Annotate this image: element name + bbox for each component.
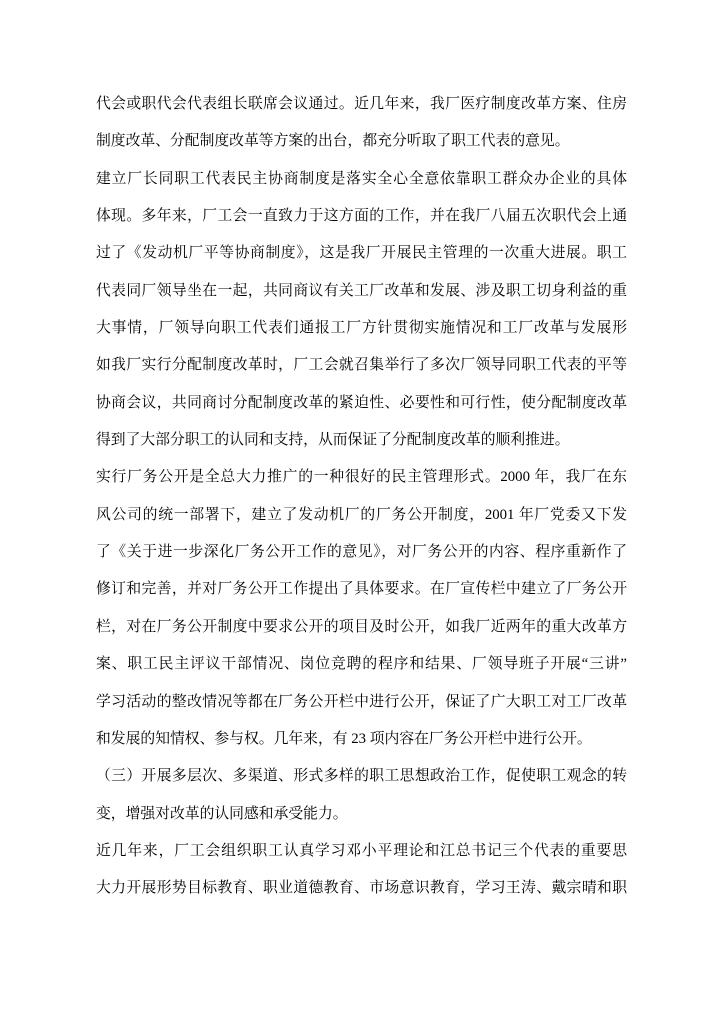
text-line: 如我厂实行分配制度改革时，厂工会就召集举行了多次厂领导同职工代表的平等 [96,347,627,384]
text-line: 过了《发动机厂平等协商制度》，这是我厂开展民主管理的一次重大进展。职工 [96,235,627,272]
text-line: 栏，对在厂务公开制度中要求公开的项目及时公开，如我厂近两年的重大改革方 [96,609,627,646]
text-line: 体现。多年来，厂工会一直致力于这方面的工作，并在我厂八届五次职代会上通 [96,198,627,235]
text-line: 风公司的统一部署下，建立了发动机厂的厂务公开制度，2001 年厂党委又下发 [96,497,627,534]
text-line: 大力开展形势目标教育、职业道德教育、市场意识教育，学习王涛、戴宗晴和职 [96,870,627,907]
document-page: 代会或职代会代表组长联席会议通过。近几年来，我厂医疗制度改革方案、住房制度改革、… [0,0,721,1020]
text-line: （三）开展多层次、多渠道、形式多样的职工思想政治工作，促使职工观念的转 [96,758,627,795]
text-line: 变，增强对改革的认同感和承受能力。 [96,796,627,833]
text-line: 代表同厂领导坐在一起，共同商议有关工厂改革和发展、涉及职工切身利益的重 [96,273,627,310]
text-line: 建立厂长同职工代表民主协商制度是落实全心全意依靠职工群众办企业的具体 [96,161,627,198]
text-line: 制度改革、分配制度改革等方案的出台，都充分听取了职工代表的意见。 [96,123,627,160]
text-line: 代会或职代会代表组长联席会议通过。近几年来，我厂医疗制度改革方案、住房 [96,86,627,123]
text-line: 协商会议，共同商讨分配制度改革的紧迫性、必要性和可行性，使分配制度改革 [96,385,627,422]
text-line: 得到了大部分职工的认同和支持，从而保证了分配制度改革的顺利推进。 [96,422,627,459]
document-text-block: 代会或职代会代表组长联席会议通过。近几年来，我厂医疗制度改革方案、住房制度改革、… [96,86,627,908]
text-line: 近几年来，厂工会组织职工认真学习邓小平理论和江总书记三个代表的重要思想， [96,833,627,870]
text-line: 案、职工民主评议干部情况、岗位竞聘的程序和结果、厂领导班子开展“三讲” [96,646,627,683]
text-line: 了《关于进一步深化厂务公开工作的意见》，对厂务公开的内容、程序重新作了 [96,534,627,571]
text-line: 修订和完善，并对厂务公开工作提出了具体要求。在厂宣传栏中建立了厂务公开 [96,571,627,608]
text-line: 大事情，厂领导向职工代表们通报工厂方针贯彻实施情况和工厂改革与发展形势。 [96,310,627,347]
text-line: 实行厂务公开是全总大力推广的一种很好的民主管理形式。2000 年，我厂在东 [96,459,627,496]
text-line: 学习活动的整改情况等都在厂务公开栏中进行公开，保证了广大职工对工厂改革 [96,684,627,721]
text-line: 和发展的知情权、参与权。几年来，有 23 项内容在厂务公开栏中进行公开。 [96,721,627,758]
